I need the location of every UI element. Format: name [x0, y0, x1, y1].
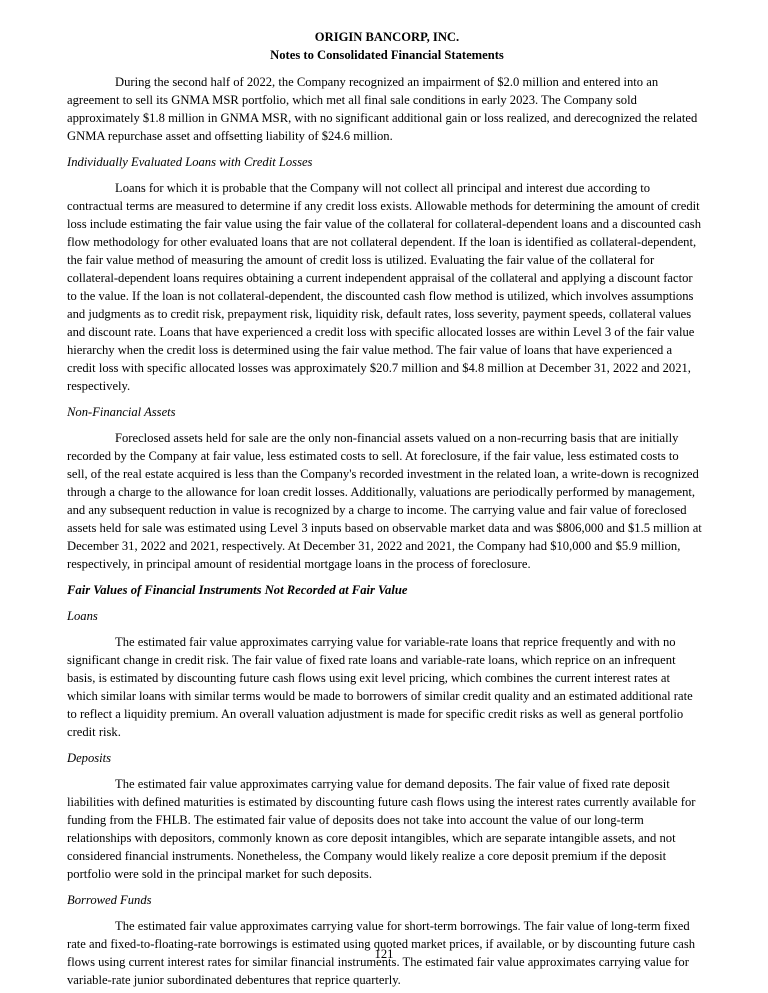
document-subtitle: Notes to Consolidated Financial Statemen…	[67, 46, 707, 64]
text-line: collateral-dependent loans requires obta…	[67, 269, 707, 287]
text-line: and any subsequent reduction in value is…	[67, 501, 707, 519]
text-line: assets held for sale was estimated using…	[67, 519, 707, 537]
text-line: Loans for which it is probable that the …	[67, 179, 707, 197]
text-line: loss include estimating the fair value u…	[67, 215, 707, 233]
text-line: basis, is estimated by discounting futur…	[67, 669, 707, 687]
heading-non-financial-assets: Non-Financial Assets	[67, 403, 707, 421]
text-line: credit loss with specific allocated loss…	[67, 359, 707, 377]
text-line: flow methodology for other evaluated loa…	[67, 233, 707, 251]
company-name: ORIGIN BANCORP, INC.	[67, 28, 707, 46]
text-line: respectively, in principal amount of res…	[67, 555, 707, 573]
text-line: liabilities with defined maturities is e…	[67, 793, 707, 811]
text-line: sell, of the real estate acquired is les…	[67, 465, 707, 483]
paragraph-gnma-msr: During the second half of 2022, the Comp…	[67, 73, 707, 145]
text-line: The estimated fair value approximates ca…	[67, 775, 707, 793]
text-line: approximately $1.8 million in GNMA MSR, …	[67, 109, 707, 127]
text-line: the fair value method of measuring the a…	[67, 251, 707, 269]
heading-individually-evaluated-loans: Individually Evaluated Loans with Credit…	[67, 153, 707, 171]
text-line: significant change in credit risk. The f…	[67, 651, 707, 669]
text-line: Foreclosed assets held for sale are the …	[67, 429, 707, 447]
text-line: to reflect a liquidity premium. An overa…	[67, 705, 707, 723]
text-line: which similar loans with similar terms w…	[67, 687, 707, 705]
text-line: The estimated fair value approximates ca…	[67, 917, 707, 935]
text-line: considered financial instruments. Noneth…	[67, 847, 707, 865]
text-line: December 31, 2022 and 2021, respectively…	[67, 537, 707, 555]
paragraph-individually-evaluated-loans: Loans for which it is probable that the …	[67, 179, 707, 395]
text-line: GNMA repurchase asset and offsetting lia…	[67, 127, 707, 145]
text-line: funding from the FHLB. The estimated fai…	[67, 811, 707, 829]
heading-fair-values-not-recorded: Fair Values of Financial Instruments Not…	[67, 581, 707, 599]
text-line: relationships with depositors, commonly …	[67, 829, 707, 847]
text-line: respectively.	[67, 377, 707, 395]
text-line: The estimated fair value approximates ca…	[67, 633, 707, 651]
heading-borrowed-funds: Borrowed Funds	[67, 891, 707, 909]
page-number: 121	[0, 945, 768, 963]
text-line: and judgments as to credit risk, prepaym…	[67, 305, 707, 323]
text-line: During the second half of 2022, the Comp…	[67, 73, 707, 91]
text-line: hierarchy when the credit loss is determ…	[67, 341, 707, 359]
text-line: contractual terms are measured to determ…	[67, 197, 707, 215]
paragraph-non-financial-assets: Foreclosed assets held for sale are the …	[67, 429, 707, 573]
paragraph-deposits: The estimated fair value approximates ca…	[67, 775, 707, 883]
text-line: credit risk.	[67, 723, 707, 741]
heading-deposits: Deposits	[67, 749, 707, 767]
text-line: variable-rate junior subordinated debent…	[67, 971, 707, 989]
document-header: ORIGIN BANCORP, INC. Notes to Consolidat…	[67, 28, 707, 64]
text-line: and discount rate. Loans that have exper…	[67, 323, 707, 341]
text-line: portfolio were sold in the principal mar…	[67, 865, 707, 883]
document-page: ORIGIN BANCORP, INC. Notes to Consolidat…	[67, 28, 707, 989]
text-line: to the value. If the loan is not collate…	[67, 287, 707, 305]
heading-loans: Loans	[67, 607, 707, 625]
text-line: agreement to sell its GNMA MSR portfolio…	[67, 91, 707, 109]
text-line: through a charge to the allowance for lo…	[67, 483, 707, 501]
paragraph-loans: The estimated fair value approximates ca…	[67, 633, 707, 741]
text-line: recorded by the Company at fair value, l…	[67, 447, 707, 465]
